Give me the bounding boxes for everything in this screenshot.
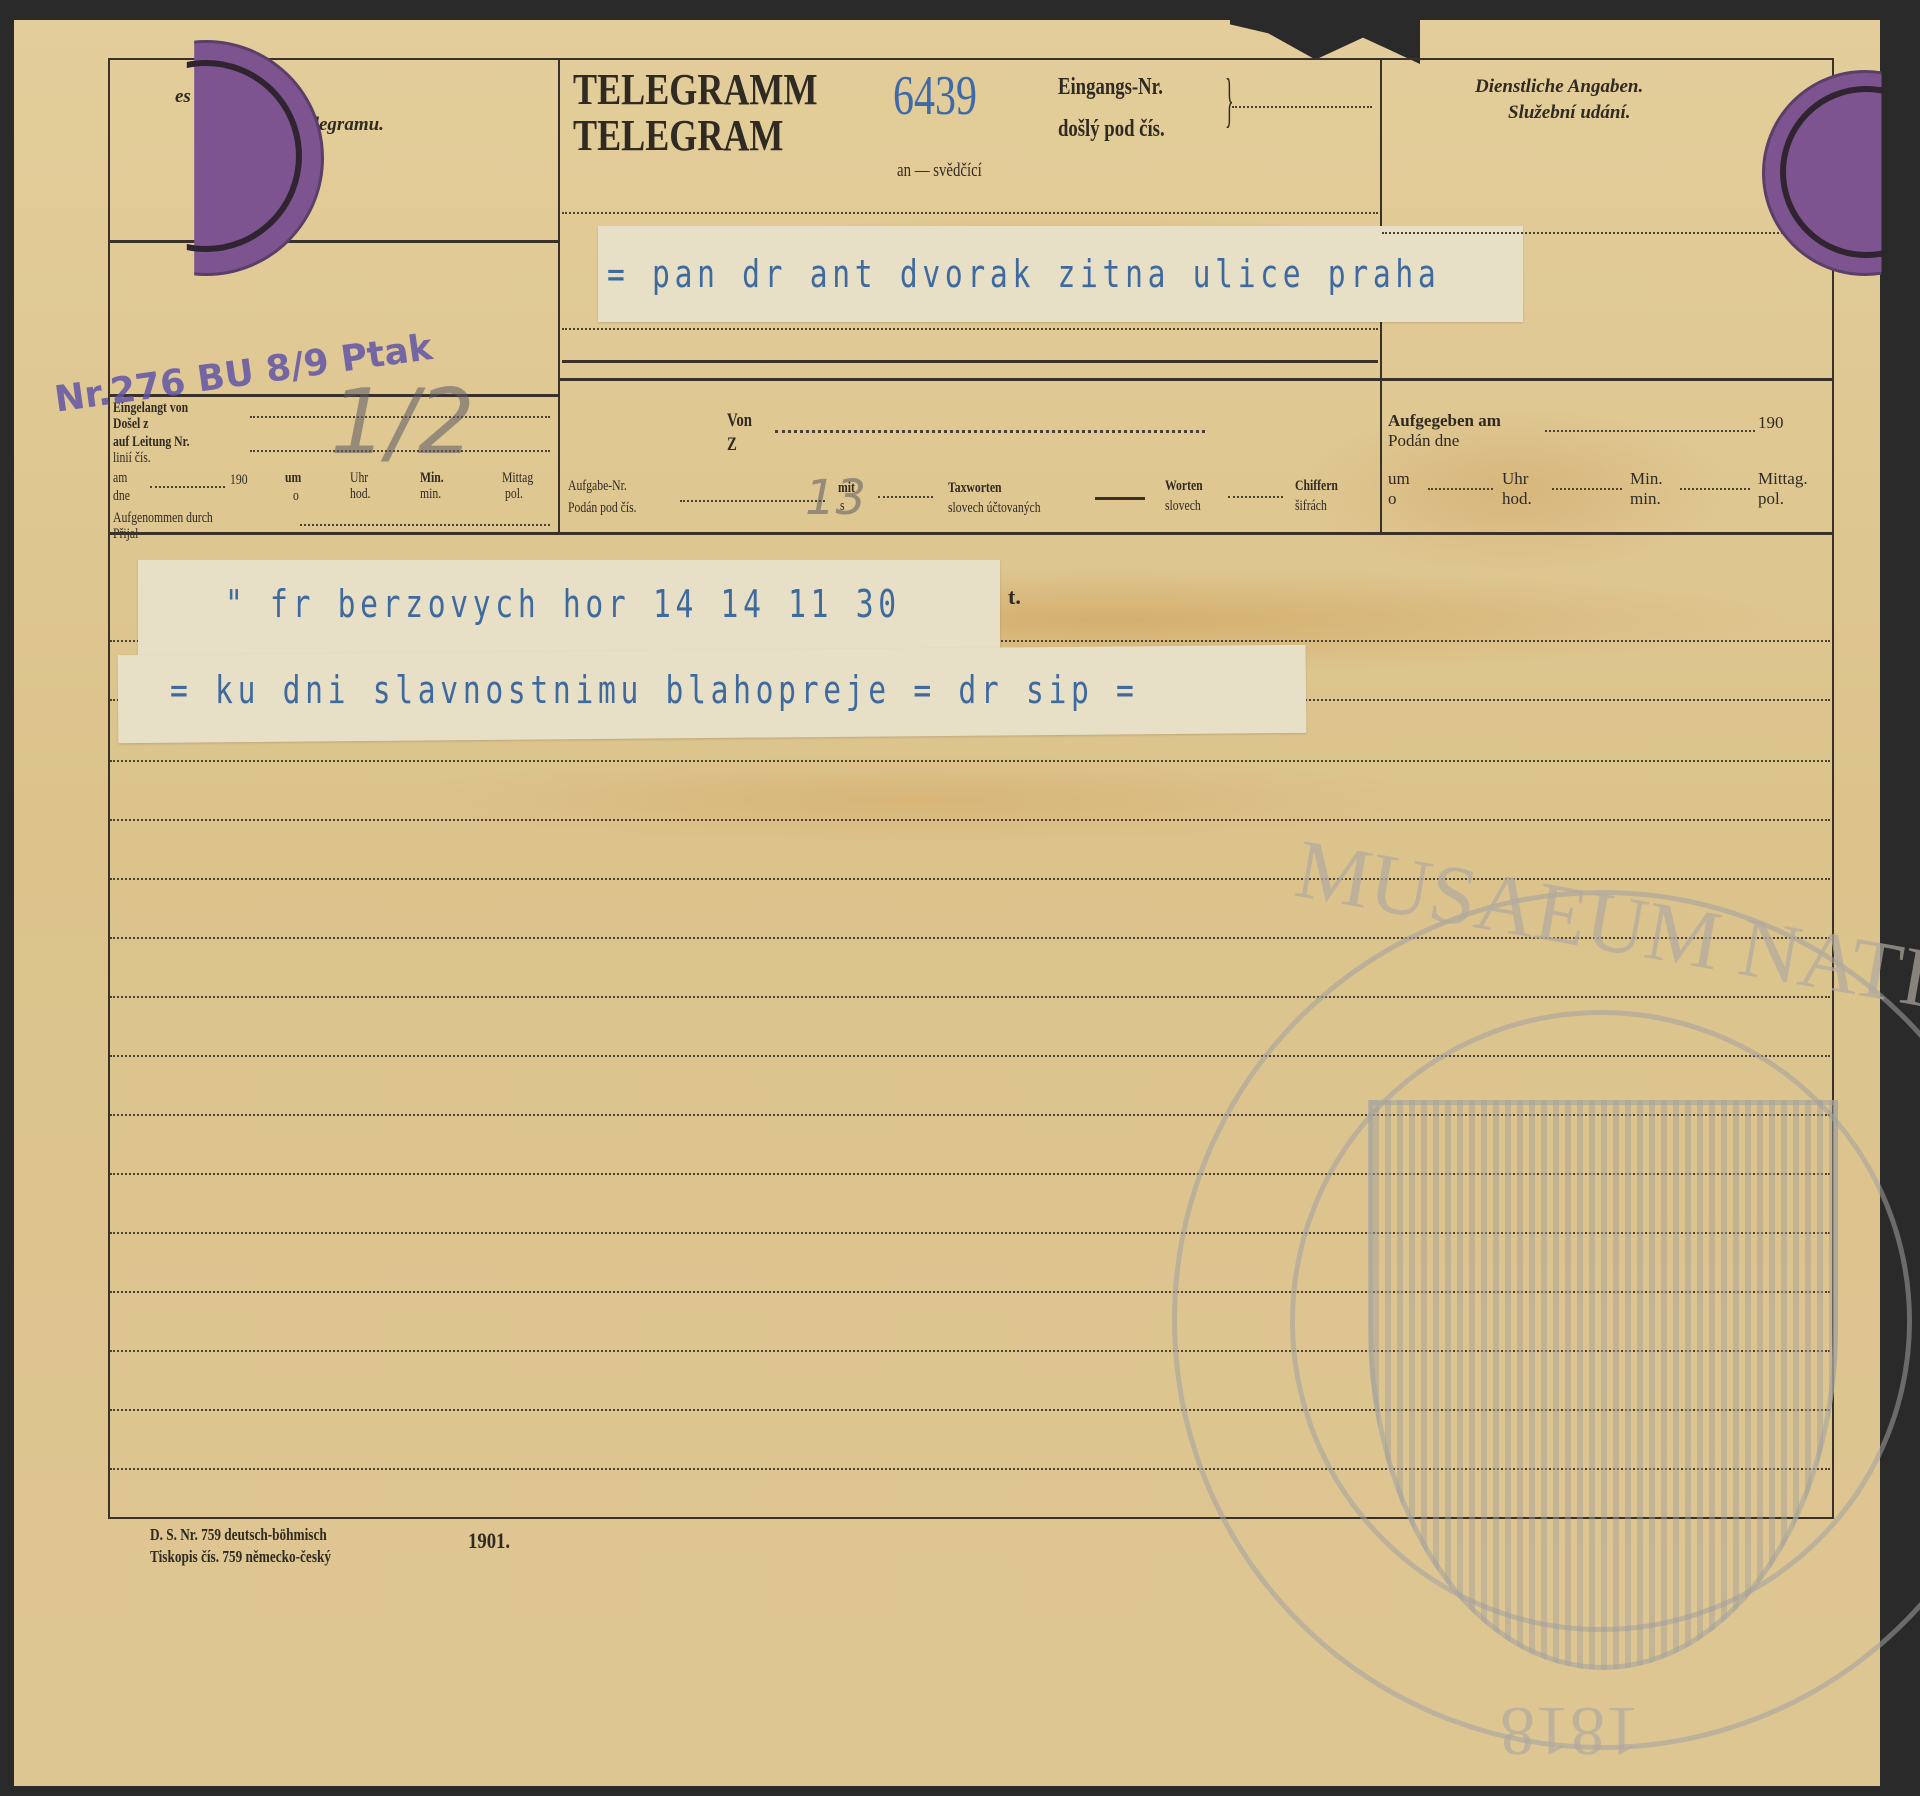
origin-suffix: t.	[1008, 588, 1021, 605]
tax-words-field[interactable]	[878, 496, 933, 498]
filed-on-de: Aufgegeben am	[1388, 412, 1501, 429]
filed-year-prefix: 190	[1758, 414, 1784, 431]
brace: }	[1225, 70, 1234, 130]
address-rule-bottom	[562, 360, 1378, 363]
column-divider-left	[558, 58, 560, 533]
message-line[interactable]	[110, 760, 1830, 762]
address-line-1[interactable]	[562, 212, 1378, 214]
filing-no-de: Aufgabe-Nr.	[568, 478, 627, 495]
footer-year: 1901.	[468, 1532, 510, 1549]
filed-min-de: Min.	[1630, 470, 1663, 487]
date-field[interactable]	[150, 486, 225, 488]
pencil-mark-words: 13	[805, 470, 866, 526]
received-from-cs: Došel z	[113, 416, 148, 433]
tax-words-de: Taxworten	[948, 480, 1002, 497]
right-header-de: Dienstliche Angaben.	[1475, 78, 1643, 95]
year-prefix: 190	[230, 472, 248, 489]
pencil-mark-left: 1/2	[330, 370, 475, 475]
line-no-cs: linií čís.	[113, 450, 151, 467]
date-cs: dne	[113, 488, 130, 505]
at-cs: o	[293, 488, 299, 505]
ciphers-cs: šifrách	[1295, 498, 1327, 515]
hour-cs: hod.	[350, 486, 370, 503]
filed-min-field[interactable]	[1552, 488, 1622, 490]
body-text: = ku dni slavnostnimu blahopreje = dr si…	[170, 668, 1139, 712]
filed-at-cs: o	[1388, 490, 1397, 507]
ciphers-field[interactable]	[1228, 496, 1283, 498]
left-rule-1	[108, 240, 558, 243]
from-cs: Z	[727, 436, 737, 453]
filed-hour-field[interactable]	[1428, 488, 1493, 490]
filed-on-cs: Podán dne	[1388, 432, 1459, 449]
footer-form-no-cs: Tiskopis čís. 759 německo-český	[150, 1548, 331, 1565]
serial-number: 6439	[893, 68, 977, 124]
filed-noon-de: Mittag.	[1758, 470, 1808, 487]
from-field[interactable]	[775, 430, 1205, 433]
from-de: Von	[727, 412, 752, 429]
filed-noon-cs: pol.	[1758, 490, 1784, 507]
noon-de: Mittag	[502, 470, 533, 487]
addressee-label: an — svědčící	[897, 162, 982, 179]
filed-noon-field[interactable]	[1680, 488, 1750, 490]
filed-hour-de: Uhr	[1502, 470, 1528, 487]
ciphers-de: Chiffern	[1295, 478, 1338, 495]
filed-on-field[interactable]	[1545, 430, 1755, 432]
footer-form-no-de: D. S. Nr. 759 deutsch-böhmisch	[150, 1526, 327, 1543]
message-line[interactable]	[110, 819, 1830, 821]
receipt-no-cs: došlý pod čís.	[1058, 116, 1165, 142]
origin-text: " fr berzovych hor 14 14 11 30	[225, 582, 901, 626]
date-de: am	[113, 470, 127, 487]
words-field[interactable]	[1095, 497, 1145, 500]
header-bottom-rule	[108, 532, 1832, 535]
mid-rule	[558, 378, 1832, 381]
tax-words-cs: slovech účtovaných	[948, 500, 1041, 517]
filing-no-cs: Podán pod čís.	[568, 500, 637, 517]
accepted-by-de: Aufgenommen durch	[113, 510, 213, 527]
address-text: = pan dr ant dvorak zitna ulice praha	[607, 252, 1440, 296]
title-cs: TELEGRAM	[573, 114, 783, 158]
right-header-cs: Služební udání.	[1508, 104, 1631, 121]
receipt-no-field[interactable]	[1232, 106, 1372, 108]
line-no-de: auf Leitung Nr.	[113, 434, 190, 451]
address-line-2[interactable]	[562, 328, 1378, 330]
at-de: um	[285, 470, 301, 487]
receipt-no-de: Eingangs-Nr.	[1058, 74, 1163, 100]
watermark-year: 1818	[1500, 1690, 1640, 1770]
filing-no-field[interactable]	[680, 500, 825, 502]
title-de: TELEGRAMM	[573, 68, 818, 112]
words-cs: slovech	[1165, 498, 1201, 515]
words-de: Worten	[1165, 478, 1203, 495]
right-service-line[interactable]	[1382, 232, 1830, 234]
accepted-by-field[interactable]	[300, 524, 550, 526]
noon-cs: pol.	[505, 486, 523, 503]
filed-min-cs: min.	[1630, 490, 1661, 507]
filed-at-de: um	[1388, 470, 1410, 487]
filed-hour-cs: hod.	[1502, 490, 1532, 507]
min-cs: min.	[420, 486, 441, 503]
